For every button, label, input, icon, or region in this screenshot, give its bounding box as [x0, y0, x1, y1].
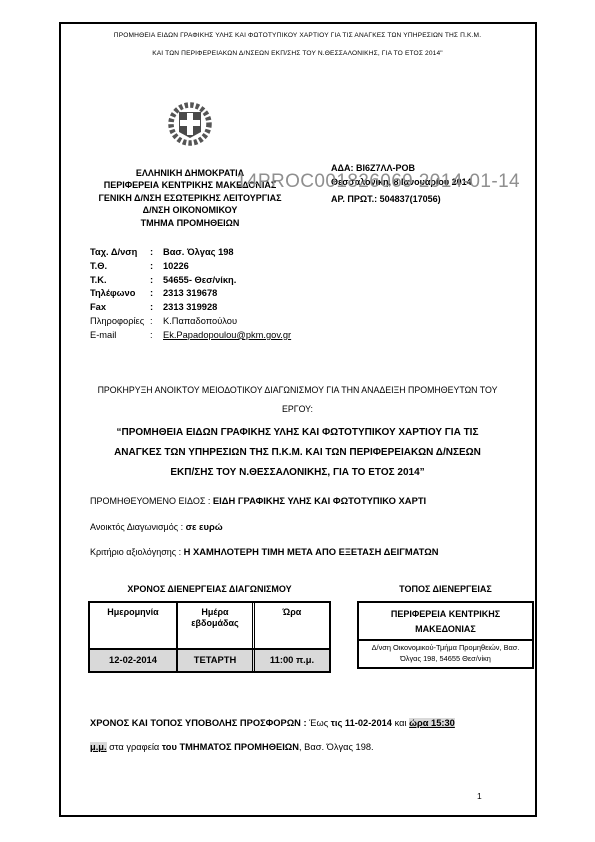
contact-row-phone: Τηλέφωνο:2313 319678: [90, 288, 291, 302]
submission-terms-paragraph: ΧΡΟΝΟΣ ΚΑΙ ΤΟΠΟΣ ΥΠΟΒΟΛΗΣ ΠΡΟΣΦΟΡΩΝ : Έω…: [90, 711, 542, 759]
submission-line-2: μ.μ. στα γραφεία του ΤΜΗΜΑΤΟΣ ΠΡΟΜΗΘΕΙΩΝ…: [90, 735, 542, 759]
time-table-data-row: 12-02-2014 ΤΕΤΑΡΤΗ 11:00 π.μ.: [90, 650, 329, 671]
doc-header-line-1: ΠΡΟΜΗΘΕΙΑ ΕΙΔΩΝ ΓΡΑΦΙΚΗΣ ΥΛΗΣ ΚΑΙ ΦΩΤΟΤΥ…: [72, 32, 523, 39]
document-page: ΠΡΟΜΗΘΕΙΑ ΕΙΔΩΝ ΓΡΑΦΙΚΗΣ ΥΛΗΣ ΚΑΙ ΦΩΤΟΤΥ…: [0, 0, 595, 842]
detail-supplied-item: ΠΡΟΜΗΘΕΥΟΜΕΝΟ ΕΙΔΟΣ : ΕΙΔΗ ΓΡΑΦΙΚΗΣ ΥΛΗΣ…: [90, 495, 426, 506]
contact-row-email: E-mail:Ek.Papadopoulou@pkm.gov.gr: [90, 330, 291, 344]
contact-info-block: Ταχ. Δ/νση:Βασ. Όλγας 198 Τ.Θ.:10226 Τ.Κ…: [90, 247, 291, 344]
contact-row-postcode: Τ.Κ.:54655- Θεσ/νίκη.: [90, 275, 291, 289]
cell-weekday: ΤΕΤΑΡΤΗ: [176, 650, 252, 671]
contact-row-address: Ταχ. Δ/νση:Βασ. Όλγας 198: [90, 247, 291, 261]
cell-date: 12-02-2014: [90, 650, 176, 671]
col-header-hour: Ώρα: [252, 603, 329, 648]
page-number: 1: [477, 791, 482, 801]
authority-line: ΓΕΝΙΚΗ Δ/ΝΣΗ ΕΣΩΤΕΡΙΚΗΣ ΛΕΙΤΟΥΡΓΙΑΣ: [70, 192, 310, 204]
time-table-header-row: Ημερομηνία Ημέρα εβδομάδας Ώρα: [90, 603, 329, 650]
contact-row-fax: Fax:2313 319928: [90, 302, 291, 316]
submission-line-1: ΧΡΟΝΟΣ ΚΑΙ ΤΟΠΟΣ ΥΠΟΒΟΛΗΣ ΠΡΟΣΦΟΡΩΝ : Έω…: [90, 711, 542, 735]
contact-row-info-person: Πληροφορίες:Κ.Παπαδοπούλου: [90, 316, 291, 330]
detail-tender-currency: Ανοικτός Διαγωνισμός : σε ευρώ: [90, 521, 223, 532]
doc-header-line-2: ΚΑΙ ΤΩΝ ΠΕΡΙΦΕΡΕΙΑΚΩΝ Δ/ΝΣΕΩΝ ΕΚΠ/ΣΗΣ ΤΟ…: [72, 50, 523, 57]
tender-place-table: ΠΕΡΙΦΕΡΕΙΑ ΚΕΝΤΡΙΚΗΣ ΜΑΚΕΔΟΝΙΑΣ Δ/νση Οι…: [357, 601, 534, 669]
authority-line: Δ/ΝΣΗ ΟΙΚΟΝΟΜΙΚΟΥ: [70, 204, 310, 216]
project-title-line: “ΠΡΟΜΗΘΕΙΑ ΕΙΔΩΝ ΓΡΑΦΙΚΗΣ ΥΛΗΣ ΚΑΙ ΦΩΤΟΤ…: [72, 423, 523, 443]
heading-tender-time: ΧΡΟΝΟΣ ΔΙΕΝΕΡΓΕΙΑΣ ΔΙΑΓΩΝΙΣΜΟΥ: [88, 584, 331, 594]
project-title-line: ΕΚΠ/ΣΗΣ ΤΟΥ Ν.ΘΕΣΣΑΛΟΝΙΚΗΣ, ΓΙΑ ΤΟ ΕΤΟΣ …: [72, 463, 523, 483]
announcement-line-2: ΕΡΓΟΥ:: [72, 404, 523, 414]
contact-row-pobox: Τ.Θ.:10226: [90, 261, 291, 275]
authority-line: ΤΜΗΜΑ ΠΡΟΜΗΘΕΙΩΝ: [70, 217, 310, 229]
email-link[interactable]: Ek.Papadopoulou@pkm.gov.gr: [163, 330, 291, 340]
greek-national-emblem-icon: [166, 100, 214, 148]
detail-evaluation-criterion: Κριτήριο αξιολόγησης : Η ΧΑΜΗΛΟΤΕΡΗ ΤΙΜΗ…: [90, 546, 438, 557]
place-table-title: ΠΕΡΙΦΕΡΕΙΑ ΚΕΝΤΡΙΚΗΣ ΜΑΚΕΔΟΝΙΑΣ: [359, 603, 532, 641]
heading-tender-place: ΤΟΠΟΣ ΔΙΕΝΕΡΓΕΙΑΣ: [357, 584, 534, 594]
announcement-line-1: ΠΡΟΚΗΡΥΞΗ ΑΝΟΙΚΤΟΥ ΜΕΙΟΔΟΤΙΚΟΥ ΔΙΑΓΩΝΙΣΜ…: [72, 385, 523, 395]
col-header-weekday: Ημέρα εβδομάδας: [176, 603, 252, 648]
cell-hour: 11:00 π.μ.: [252, 650, 329, 671]
place-table-detail: Δ/νση Οικονομικού-Τμήμα Προμηθειών, Βασ.…: [359, 641, 532, 667]
project-title-line: ΑΝΑΓΚΕΣ ΤΩΝ ΥΠΗΡΕΣΙΩΝ ΤΗΣ Π.Κ.Μ. ΚΑΙ ΤΩΝ…: [72, 443, 523, 463]
protocol-number: ΑΡ. ΠΡΩΤ.: 504837(17056): [331, 194, 441, 204]
tender-time-table: Ημερομηνία Ημέρα εβδομάδας Ώρα 12-02-201…: [88, 601, 331, 673]
diavgeia-watermark: 14PROC001826069 2014-01-14: [236, 171, 520, 193]
page-border-frame: [59, 22, 537, 817]
project-title: “ΠΡΟΜΗΘΕΙΑ ΕΙΔΩΝ ΓΡΑΦΙΚΗΣ ΥΛΗΣ ΚΑΙ ΦΩΤΟΤ…: [72, 423, 523, 483]
col-header-date: Ημερομηνία: [90, 603, 176, 648]
